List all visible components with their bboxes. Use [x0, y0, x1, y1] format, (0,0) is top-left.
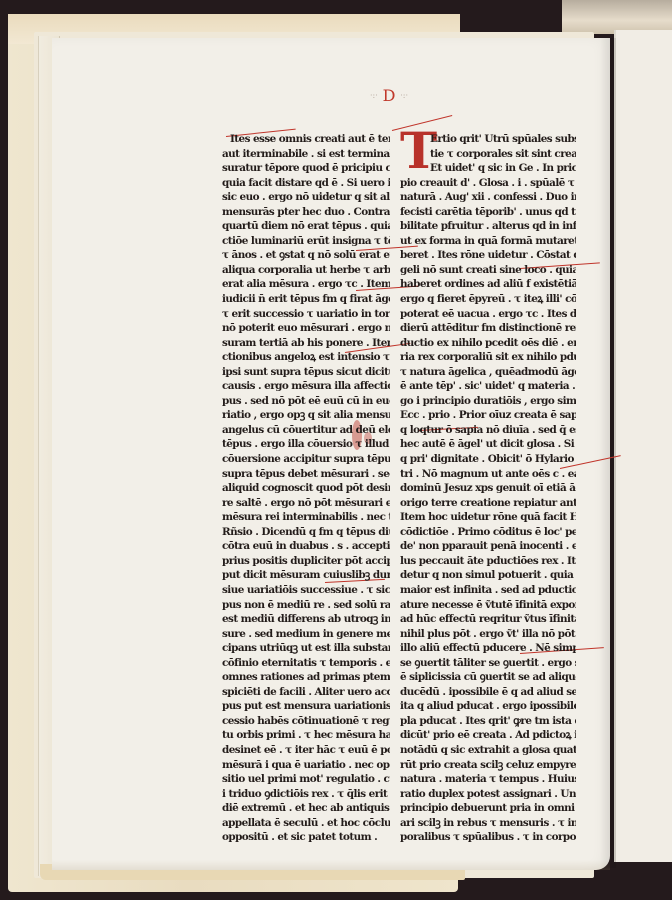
signature-dots-right: ·:·	[400, 86, 408, 106]
text-line: go i principio duratiōis , ergo simul . …	[400, 394, 576, 409]
text-line: dierū attēditur fm distinctionē rex . er…	[400, 321, 576, 336]
text-line: Ecc . prio . Prior oīuz creata ē sapia .…	[400, 408, 576, 423]
text-line: pus non ē mediū re . sed solū ratione . …	[222, 598, 390, 613]
text-line: riatio , ergo opꝫ q sit alia mensura . I…	[222, 408, 390, 423]
text-line: ergo q fieret ēpyreū . τ iteꝝ illi' cōca…	[400, 292, 576, 307]
text-line: ctiōe luminariū erūt insigna τ tēpora τ …	[222, 234, 390, 249]
text-line: cōfinio eternitatis τ temporis . et sic …	[222, 656, 390, 671]
text-line: τ natura āgelica , quēadmodū āgelica nat…	[400, 365, 576, 380]
text-line: est mediū differens ab utroqꝫ in genere …	[222, 612, 390, 627]
text-line: ctionibus angeloꝝ est intensio τ uariati…	[222, 350, 390, 365]
text-line: causis . ergo mēsura illa affectionū ē s…	[222, 379, 390, 394]
text-line: prius positis dupliciter pōt accipi . Au…	[222, 554, 390, 569]
text-line: maior est infinita . sed ad pductionē un…	[400, 583, 576, 598]
text-line: quartū diem nō erat tēpus . quia dicitur…	[222, 219, 390, 234]
text-line: Rñsio . Dicendū q fm q tēpus diuidit	[222, 525, 390, 540]
text-line: ē ante tēp' . sic' uidet' q materia . τ …	[400, 379, 576, 394]
text-line: dicūt' prio eē creata . Ad pdictoꝝ intel…	[400, 728, 576, 743]
text-line: tēpus . ergo illa cōuersio τ illud quod …	[222, 437, 390, 452]
text-line: rūt prio creata scilꝫ celuz empyreū . an…	[400, 758, 576, 773]
text-line: Item hoc uidetur rōne quā facit Hy . i r…	[400, 510, 576, 525]
text-line: tri . Nō magnum ut ante oēs c . eaturā d…	[400, 467, 576, 482]
text-line: lus peccauit āte pductiōes rex . Item ui…	[400, 554, 576, 569]
text-line: τ erit successio τ uariatio in tormentis…	[222, 307, 390, 322]
book-clasp	[562, 0, 672, 34]
text-line: sic euo . ergo nō uidetur q sit aliqd te…	[222, 190, 390, 205]
text-column-right: Ertio qrit' Utrū spūales subsātie τ corp…	[400, 132, 576, 845]
text-line: mēsura rei interminabilis . nec tēpore .…	[222, 510, 390, 525]
text-line: se ꝯuertit tāliter se ꝯuertit . ergo si …	[400, 656, 576, 671]
text-line: tu orbis primi . τ hec mēsura habet fine…	[222, 728, 390, 743]
text-line: pla pducat . Ites qrit' ꝙre tm ista quat…	[400, 714, 576, 729]
signature-dots-left: ·:·	[370, 86, 378, 106]
text-line: put dicit mēsuram cuiuslibꝫ duratiōis ua…	[222, 568, 390, 583]
text-line: haberet ordines ad aliū f existētiā . op…	[400, 277, 576, 292]
text-line: poterat eē uacua . ergo τc . Ites distin…	[400, 307, 576, 322]
text-column-left: Ites esse omnis creati aut ē terminabile…	[222, 132, 390, 845]
text-line: sure . sed medium in genere mensuratori …	[222, 627, 390, 642]
text-line: q loqtur ō sapia nō diuīa . sed q̄ est c…	[400, 423, 576, 438]
text-line: ducēdū . ipossibile ē q ad aliud se ꝯuer…	[400, 685, 576, 700]
text-line: cipans utriūqꝫ ut est illa substantia qu…	[222, 641, 390, 656]
text-line: pio creauit d' . Glosa . i . spūalē τ co…	[400, 176, 576, 191]
text-line: i triduo ꝯdictiōis rex . τ q̄lis erit i …	[222, 787, 390, 802]
text-line: detur q non simul potuerit . quia nulla …	[400, 568, 576, 583]
text-line: naturā . Aug' xii . confessi . Duo inuen…	[400, 190, 576, 205]
text-line: tie τ corporales sit sint create .	[400, 147, 576, 162]
text-line: iudicii n̄ erit tēpus fm q firat āgel' i…	[222, 292, 390, 307]
text-line: de' non pparauit penā inocenti . ergo di…	[400, 539, 576, 554]
text-line: beret . Ites rōne uidetur . Cōstat q an-	[400, 248, 576, 263]
text-line: aliqua corporalia ut herbe τ arbusta . e…	[222, 263, 390, 278]
text-line: q pri' dignitate . Obicit' ō Hylario xii…	[400, 452, 576, 467]
text-line: erat alia mēsura . ergo τc . Item post d…	[222, 277, 390, 292]
text-line: ad hūc effectū reqritur ṽtus īfinita , τ…	[400, 612, 576, 627]
text-line: desinet eē . τ iter hāc τ euū ē ponere m…	[222, 743, 390, 758]
text-line: Ertio qrit' Utrū spūales subsā	[400, 132, 576, 147]
text-line: ari scilꝫ in rebus τ mensuris . τ in reb…	[400, 816, 576, 831]
text-line: appellata ē seculū . et hoc cōcludunt rō…	[222, 816, 390, 831]
text-line: natura . materia τ tempus . Huius autem	[400, 772, 576, 787]
text-line: hec autē ē āgel' ut dicit glosa . Si tu …	[400, 437, 576, 452]
text-line: pus put est mensura uariationis in qua ē…	[222, 699, 390, 714]
text-line: ria rex corporaliū sit ex nihilo pducta …	[400, 350, 576, 365]
text-line: siue uariatiōis successiue . τ sic inter…	[222, 583, 390, 598]
text-line: omnes rationes ad primas ptem ut patet a…	[222, 670, 390, 685]
text-line: ita q aliud pducat . ergo ipossibile ē q…	[400, 699, 576, 714]
text-line: pus . sed nō pōt eē euū cū in euo nō cad…	[222, 394, 390, 409]
text-line: aut iterminabile . si est terminabile si…	[222, 147, 390, 162]
text-line: dominū Jesuz xps genuit oī etiā āgelorum	[400, 481, 576, 496]
text-line: ut ex forma in quā formā mutaretur nō ba…	[400, 234, 576, 249]
text-line: illo aliū effectū pducere . Nē simplx ad…	[400, 641, 576, 656]
text-line: origo terre creatione repiatur antiquior…	[400, 496, 576, 511]
gutter-shadow	[600, 38, 616, 868]
text-line: bilitate pfruitur . alterus qd in inform…	[400, 219, 576, 234]
text-line: ratio duplex potest assignari . Una quia…	[400, 787, 576, 802]
facing-page	[614, 30, 672, 862]
text-line: aliquid cognoscit quod pōt desinere cogi…	[222, 481, 390, 496]
text-line: supra tēpus debet mēsurari . sed angelus…	[222, 467, 390, 482]
signature-letter: D	[383, 86, 396, 105]
text-line: sitio uel primi mot' regulatio . cuiusmō…	[222, 772, 390, 787]
text-line: mēsurā i qua ē uariatio . nec oportꝫ q s…	[222, 758, 390, 773]
text-line: ē siplicissia cū ꝯuertit se ad aliquē ef…	[400, 670, 576, 685]
text-line: re saltē . ergo nō pōt mēsurari euo quod…	[222, 496, 390, 511]
text-line: cessio habēs cōtinuationē τ regulationē …	[222, 714, 390, 729]
text-line: notādū q sic extrahit a glosa quattuor f…	[400, 743, 576, 758]
text-line: diē extremū . et hec ab antiquis doctori…	[222, 801, 390, 816]
signature-mark: ·:· D ·:·	[374, 86, 404, 106]
text-line: oppositū . et sic patet totum .	[222, 830, 390, 845]
text-line: Ites esse omnis creati aut ē terminabile	[222, 132, 390, 147]
text-line: fecisti carētia tēporib' . unus qd tua i…	[400, 205, 576, 220]
text-line: cōtra euū in duabus . s . acceptiōibus u…	[222, 539, 390, 554]
text-line: geli nō sunt creati sine loco . quia tūc…	[400, 263, 576, 278]
text-line: principio debuerunt pria in omni genere …	[400, 801, 576, 816]
text-line: ipsi sunt supra tēpus sicut dicitur in l…	[222, 365, 390, 380]
text-line: ductio ex nihilo pcedit oēs diē . ergo c…	[400, 336, 576, 351]
text-line: quia facit distare qd ē . Si uero itermi…	[222, 176, 390, 191]
text-line: nō poterit euo mēsurari . ergo necesse ē…	[222, 321, 390, 336]
text-line: ature necesse ē ṽtutē īfinitā exponi . e…	[400, 598, 576, 613]
text-line: suratur tēpore quod ē pricipiu corruptio…	[222, 161, 390, 176]
text-line: cōuersione accipitur supra tēpus ē . τ m…	[222, 452, 390, 467]
text-line: angelus cū cōuertitur ad deū eleuatur su…	[222, 423, 390, 438]
text-line: Et uidet' q sic in Ge . In pricı-	[400, 161, 576, 176]
text-line: spiciēti de facili . Aliter uero accipit…	[222, 685, 390, 700]
text-line: suram tertiā ab his ponere . Item in aff…	[222, 336, 390, 351]
text-line: cōdictiōe . Primo cōditus ē loc' penarū …	[400, 525, 576, 540]
text-line: poralibus τ spūalibus . τ in corporalib'…	[400, 830, 576, 845]
text-line: nihil plus pōt . ergo ṽt' illa nō pōt p …	[400, 627, 576, 642]
text-line: τ ānos . et ꝯstat q nō solū erat euū cū …	[222, 248, 390, 263]
text-line: mensurās pter hec duo . Contra . Ante	[222, 205, 390, 220]
